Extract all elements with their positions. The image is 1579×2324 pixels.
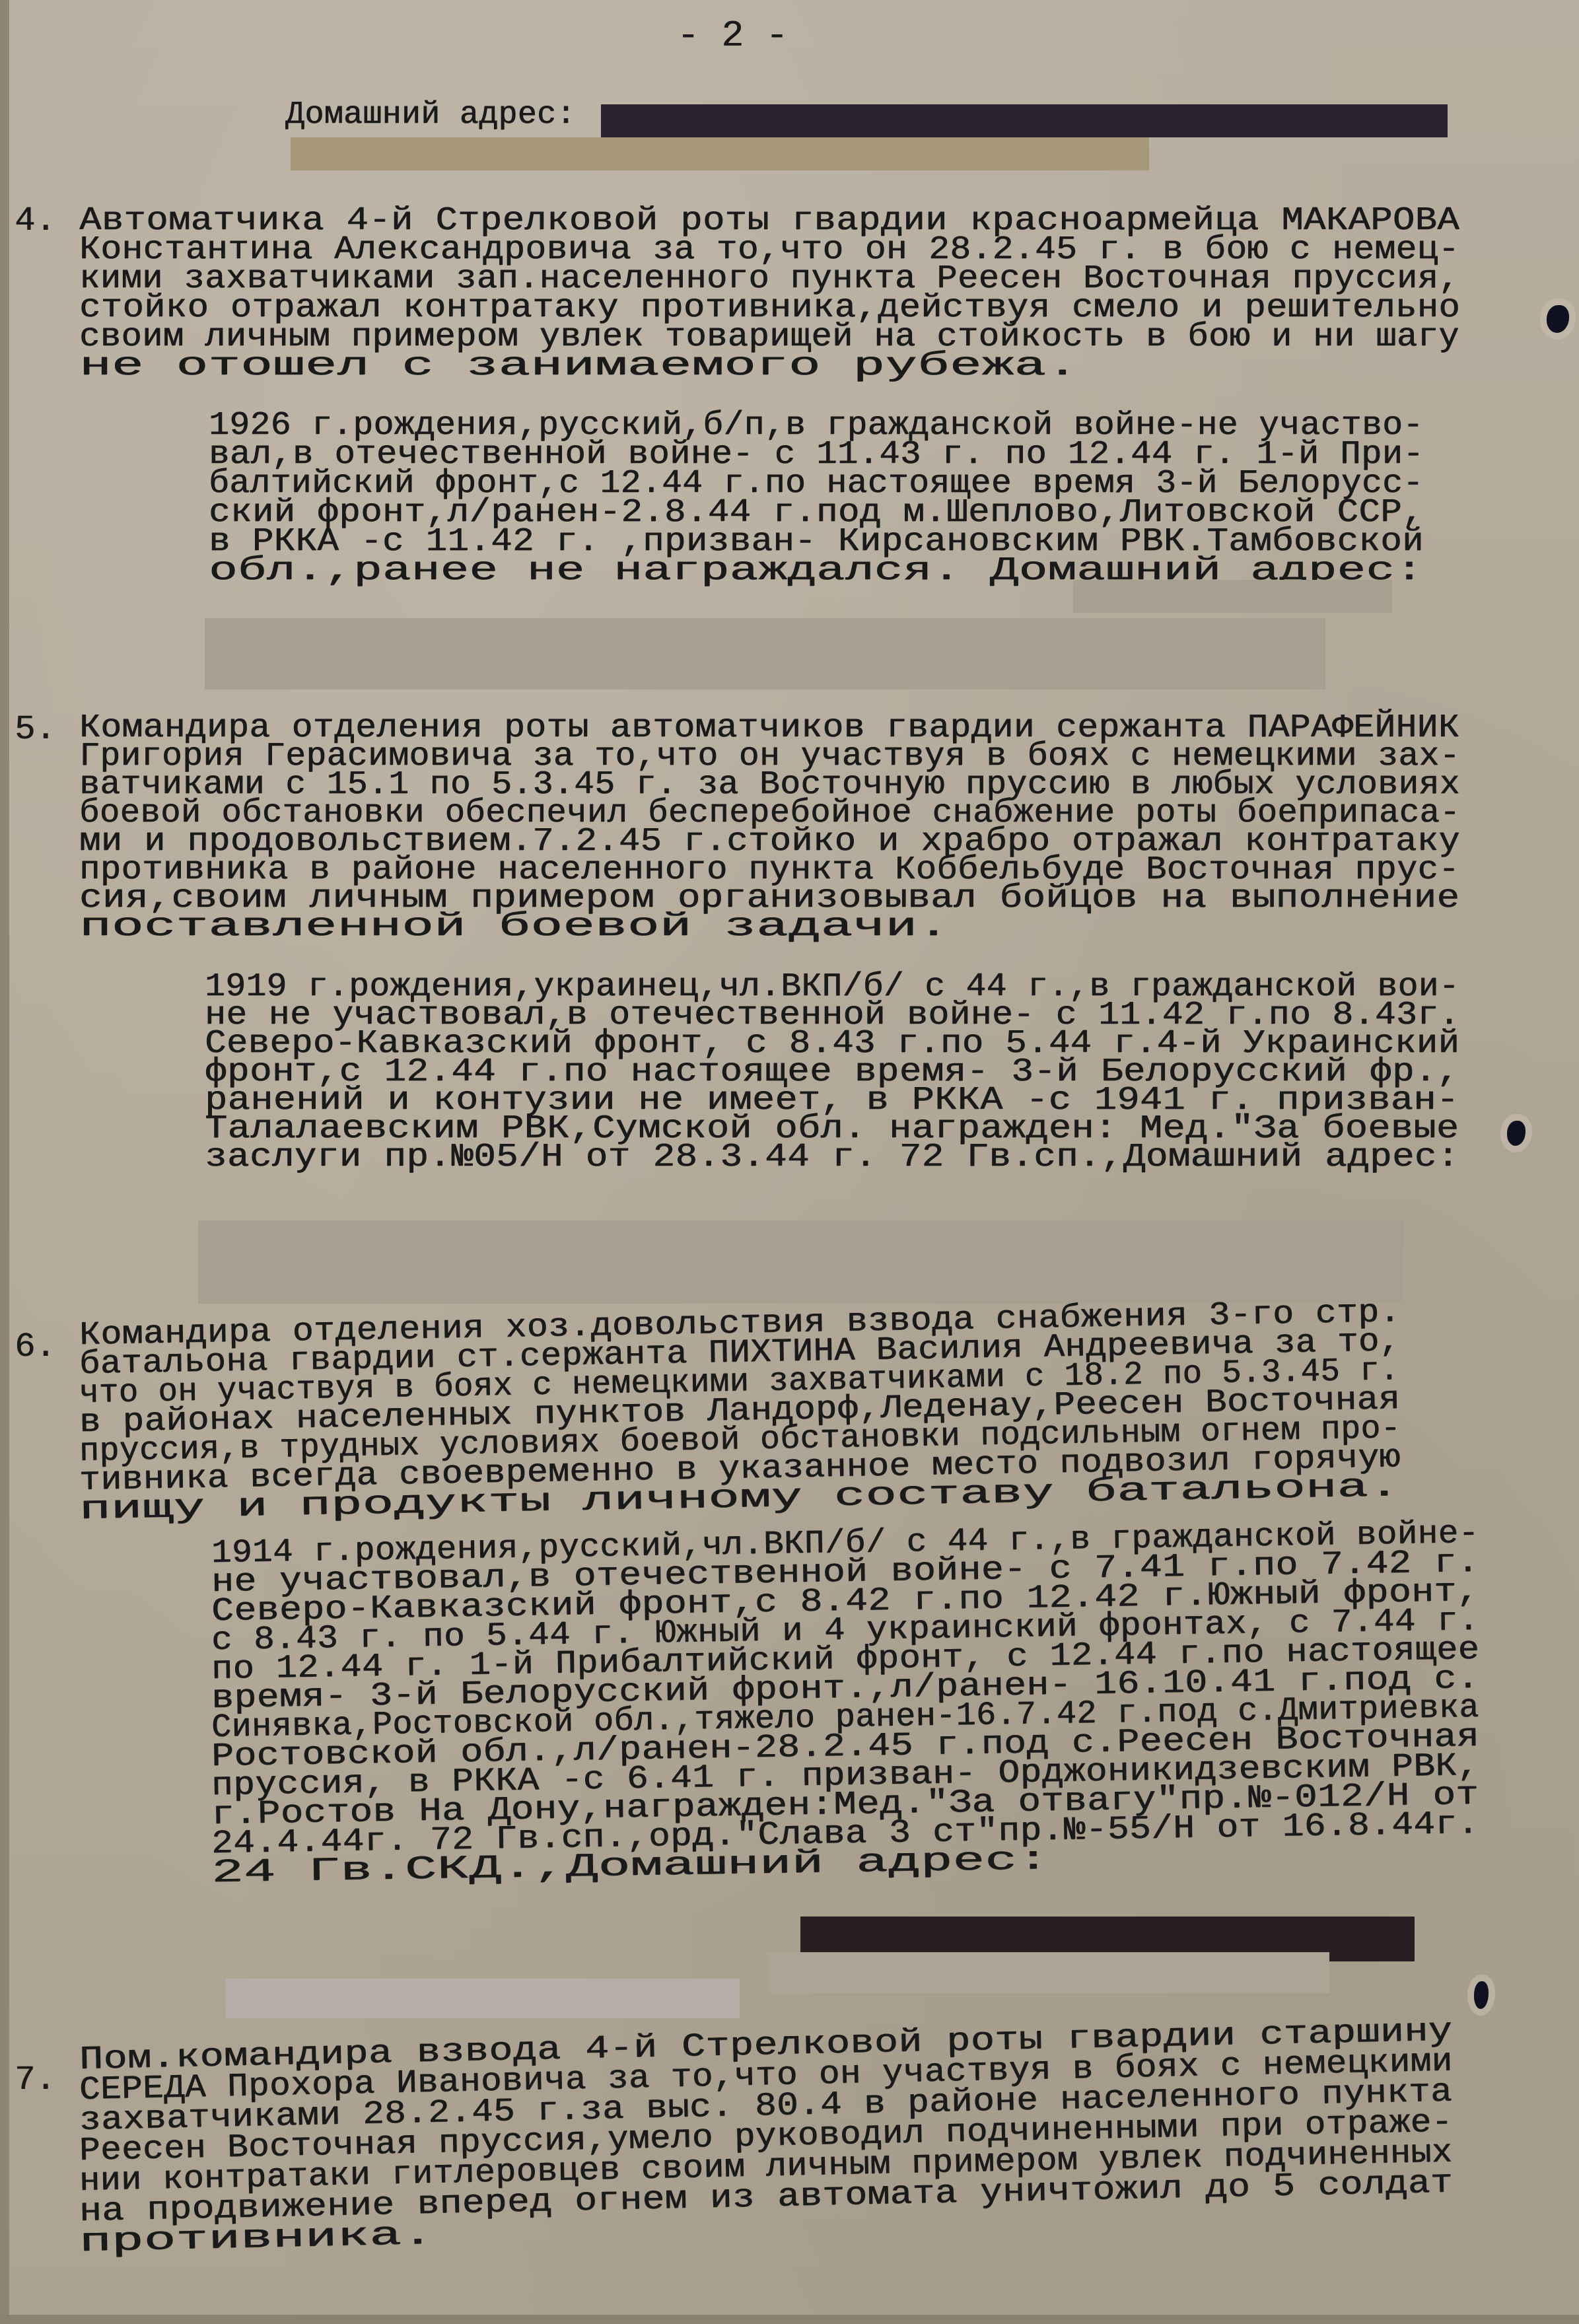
redaction-block <box>601 104 1448 137</box>
entry-number: 4. <box>15 201 55 240</box>
punch-hole <box>1547 305 1569 333</box>
entry-number: 5. <box>15 710 55 749</box>
punch-hole <box>1474 1981 1489 2009</box>
punch-hole <box>1507 1121 1526 1146</box>
redaction-block <box>205 618 1325 689</box>
citation-line: поставленной боевой задачи. <box>79 911 950 944</box>
entry-number: 7. <box>15 2060 55 2099</box>
citation-line: не отошел с занимаемого рубежа. <box>79 350 1078 383</box>
header-address-label: Домашний адрес: <box>285 99 576 131</box>
redaction-block <box>226 1979 740 2018</box>
redaction-block <box>1073 580 1392 613</box>
citation-line: противника. <box>79 2219 434 2259</box>
page-number: - 2 - <box>677 15 788 57</box>
bio-line: заслуги пр.№05/Н от 28.3.44 г. 72 Гв.сп.… <box>205 1141 1459 1174</box>
entry-number: 6. <box>15 1327 55 1366</box>
scan-edge-left <box>0 0 9 2324</box>
redaction-block <box>198 1220 1404 1304</box>
redaction-block <box>768 1952 1329 1993</box>
document-page: - 2 - Домашний адрес: 4. Автоматчика 4-й… <box>0 0 1579 2324</box>
redaction-block <box>291 137 1149 170</box>
scan-edge-bottom <box>0 2315 1579 2324</box>
